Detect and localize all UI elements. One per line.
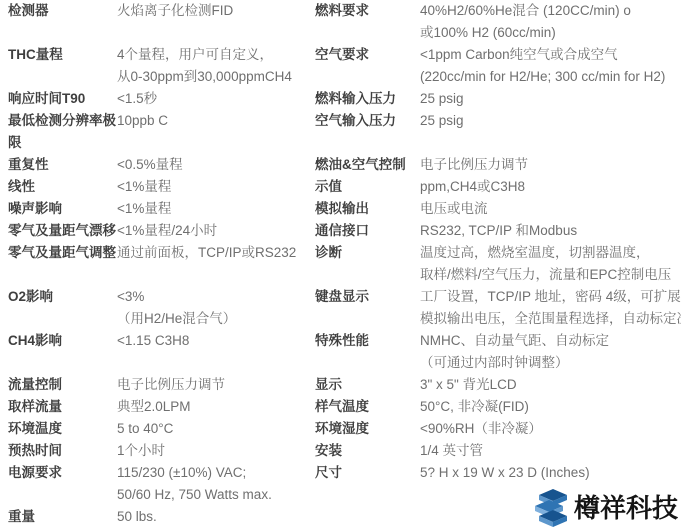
spec-table-left-column: 检测器火焰离子化检测FIDTHC量程4个量程，用户可自定义，从0-30ppm到3… <box>8 0 310 528</box>
spec-value-line: 电压或电流 <box>420 198 677 220</box>
spec-row: 燃料输入压力25 psig <box>315 88 677 110</box>
spec-label: CH4影响 <box>8 330 117 352</box>
spec-label: 最低检测分辨率极限 <box>8 110 117 154</box>
spec-value: RS232, TCP/IP 和Modbus <box>420 220 677 242</box>
spec-row: 空气输入压力25 psig <box>315 110 677 132</box>
spec-row: 通信接口RS232, TCP/IP 和Modbus <box>315 220 677 242</box>
spec-value: <1.5秒 <box>117 88 310 110</box>
spec-value-line: 通过前面板，TCP/IP或RS232 <box>117 242 310 264</box>
spec-label: 空气要求 <box>315 44 420 66</box>
spec-row: 噪声影响<1%量程 <box>8 198 310 220</box>
spec-value-line: (220cc/min for H2/He; 300 cc/min for H2) <box>420 66 677 88</box>
spec-value: 25 psig <box>420 110 677 132</box>
spec-value: 5 to 40°C <box>117 418 310 440</box>
spec-value-line: 或100% H2 (60cc/min) <box>420 22 677 44</box>
spec-value-line: 火焰离子化检测FID <box>117 0 310 22</box>
spec-value-line: 50/60 Hz, 750 Watts max. <box>117 484 310 506</box>
spec-value-line: 从0-30ppm到30,000ppmCH4 <box>117 66 310 88</box>
spec-value: 40%H2/60%He混合 (120CC/min) o或100% H2 (60c… <box>420 0 677 44</box>
spec-value: 电子比例压力调节 <box>117 374 310 396</box>
spec-label: 燃料输入压力 <box>315 88 420 110</box>
spec-value: 3" x 5" 背光LCD <box>420 374 677 396</box>
spec-value-line: 电子比例压力调节 <box>117 374 310 396</box>
spec-label: 样气温度 <box>315 396 420 418</box>
spec-value: 25 psig <box>420 88 677 110</box>
spec-value: <3%（用H2/He混合气） <box>117 286 310 330</box>
spec-row: 显示3" x 5" 背光LCD <box>315 374 677 396</box>
spec-value-line: 5 to 40°C <box>117 418 310 440</box>
spec-value: 115/230 (±10%) VAC;50/60 Hz, 750 Watts m… <box>117 462 310 506</box>
spec-label: 键盘显示 <box>315 286 420 308</box>
spec-label: 噪声影响 <box>8 198 117 220</box>
spec-row: THC量程4个量程，用户可自定义，从0-30ppm到30,000ppmCH4 <box>8 44 310 88</box>
spec-value: <90%RH（非冷凝） <box>420 418 677 440</box>
stacked-layers-icon <box>532 488 572 528</box>
spec-value-line: 1/4 英寸管 <box>420 440 677 462</box>
spec-label: THC量程 <box>8 44 117 66</box>
spec-value-line: 25 psig <box>420 110 677 132</box>
spec-row: 尺寸5? H x 19 W x 23 D (Inches) <box>315 462 677 484</box>
spec-value-line: 50 lbs. <box>117 506 310 528</box>
spec-label: 响应时间T90 <box>8 88 117 110</box>
spec-value-line: 温度过高，燃烧室温度，切割器温度， <box>420 242 677 264</box>
spec-label: 诊断 <box>315 242 420 264</box>
spec-value-line: <1%量程/24小时 <box>117 220 310 242</box>
spec-value-line: <1.5秒 <box>117 88 310 110</box>
spec-label: 电源要求 <box>8 462 117 484</box>
spec-value-line: 3" x 5" 背光LCD <box>420 374 677 396</box>
spec-label: 通信接口 <box>315 220 420 242</box>
spec-row: 预热时间1个小时 <box>8 440 310 462</box>
spec-value-line: 模拟输出电压，全范围量程选择，自动标定次数 <box>420 308 681 330</box>
spec-label: 零气及量距气调整 <box>8 242 117 264</box>
spec-row: 零气及量距气漂移<1%量程/24小时 <box>8 220 310 242</box>
spec-value-line: <0.5%量程 <box>117 154 310 176</box>
spec-label: 重量 <box>8 506 117 528</box>
spec-value-line: <3% <box>117 286 310 308</box>
spec-row: 燃油&空气控制电子比例压力调节 <box>315 154 677 176</box>
spec-value-line: <1ppm Carbon纯空气或合成空气 <box>420 44 677 66</box>
spec-value-line: <1.15 C3H8 <box>117 330 310 352</box>
spec-value: NMHC、自动量气距、自动标定（可通过内部时钟调整） <box>420 330 677 374</box>
spec-label: 零气及量距气漂移 <box>8 220 117 242</box>
spec-value-line: 50°C, 非冷凝(FID) <box>420 396 677 418</box>
spec-row: 取样流量典型2.0LPM <box>8 396 310 418</box>
spec-row: 诊断温度过高，燃烧室温度，切割器温度，取样/燃料/空气压力，流量和EPC控制电压 <box>315 242 677 286</box>
spec-value-line: 取样/燃料/空气压力，流量和EPC控制电压 <box>420 264 677 286</box>
spec-label: 空气输入压力 <box>315 110 420 132</box>
spec-value-line: 4个量程，用户可自定义， <box>117 44 310 66</box>
spec-row: 键盘显示工厂设置，TCP/IP 地址，密码 4级，可扩展模拟输出电压，全范围量程… <box>315 286 677 330</box>
spec-label: 安装 <box>315 440 420 462</box>
spec-label: 环境湿度 <box>315 418 420 440</box>
spec-label: 取样流量 <box>8 396 117 418</box>
spec-value: 电子比例压力调节 <box>420 154 677 176</box>
spec-row: 重复性<0.5%量程 <box>8 154 310 176</box>
spec-value-line: 5? H x 19 W x 23 D (Inches) <box>420 462 677 484</box>
spec-value-line: 典型2.0LPM <box>117 396 310 418</box>
spec-value: 火焰离子化检测FID <box>117 0 310 22</box>
spec-value: 50°C, 非冷凝(FID) <box>420 396 677 418</box>
spec-label: 燃料要求 <box>315 0 420 22</box>
spec-label: 示值 <box>315 176 420 198</box>
spec-label: 检测器 <box>8 0 117 22</box>
spec-value-line: （可通过内部时钟调整） <box>420 352 677 374</box>
company-logo: 樽祥科技 <box>532 488 678 528</box>
spec-row: 重量50 lbs. <box>8 506 310 528</box>
spec-row: 燃料要求40%H2/60%He混合 (120CC/min) o或100% H2 … <box>315 0 677 44</box>
spec-value: 工厂设置，TCP/IP 地址，密码 4级，可扩展模拟输出电压，全范围量程选择，自… <box>420 286 681 330</box>
spec-row: 示值ppm,CH4或C3H8 <box>315 176 677 198</box>
spec-row: 样气温度50°C, 非冷凝(FID) <box>315 396 677 418</box>
spec-label: 流量控制 <box>8 374 117 396</box>
spec-value-line: <1%量程 <box>117 176 310 198</box>
spec-label: 显示 <box>315 374 420 396</box>
spec-value: <1.15 C3H8 <box>117 330 310 352</box>
spec-value: 50 lbs. <box>117 506 310 528</box>
spec-value: ppm,CH4或C3H8 <box>420 176 677 198</box>
spec-label: 燃油&空气控制 <box>315 154 420 176</box>
spec-value-line: <90%RH（非冷凝） <box>420 418 677 440</box>
company-logo-text: 樽祥科技 <box>574 488 678 528</box>
spec-row: 响应时间T90<1.5秒 <box>8 88 310 110</box>
spec-value: 4个量程，用户可自定义，从0-30ppm到30,000ppmCH4 <box>117 44 310 88</box>
spec-value-line: 25 psig <box>420 88 677 110</box>
spec-row: 安装1/4 英寸管 <box>315 440 677 462</box>
spec-value-line: （用H2/He混合气） <box>117 308 310 330</box>
spec-row: 环境湿度<90%RH（非冷凝） <box>315 418 677 440</box>
spec-row: 模拟输出电压或电流 <box>315 198 677 220</box>
spec-value-line: 10ppb C <box>117 110 310 132</box>
spec-value: <1%量程 <box>117 198 310 220</box>
spec-row: 特殊性能NMHC、自动量气距、自动标定（可通过内部时钟调整） <box>315 330 677 374</box>
spec-value-line: RS232, TCP/IP 和Modbus <box>420 220 677 242</box>
spec-label: 环境温度 <box>8 418 117 440</box>
spec-value-line: 工厂设置，TCP/IP 地址，密码 4级，可扩展 <box>420 286 681 308</box>
spec-value-line: ppm,CH4或C3H8 <box>420 176 677 198</box>
spec-row: 电源要求115/230 (±10%) VAC;50/60 Hz, 750 Wat… <box>8 462 310 506</box>
spec-table-right-column: 燃料要求40%H2/60%He混合 (120CC/min) o或100% H2 … <box>315 0 677 484</box>
spec-value-line: 115/230 (±10%) VAC; <box>117 462 310 484</box>
spec-value: 1/4 英寸管 <box>420 440 677 462</box>
spec-row: 流量控制电子比例压力调节 <box>8 374 310 396</box>
spec-row: CH4影响<1.15 C3H8 <box>8 330 310 352</box>
spec-label: 预热时间 <box>8 440 117 462</box>
spec-label: O2影响 <box>8 286 117 308</box>
spec-value: <1%量程/24小时 <box>117 220 310 242</box>
spec-value: <1%量程 <box>117 176 310 198</box>
spec-value: <1ppm Carbon纯空气或合成空气(220cc/min for H2/He… <box>420 44 677 88</box>
spec-row: 零气及量距气调整通过前面板，TCP/IP或RS232 <box>8 242 310 264</box>
spec-row: 检测器火焰离子化检测FID <box>8 0 310 22</box>
spec-row: 环境温度5 to 40°C <box>8 418 310 440</box>
spec-value-line: <1%量程 <box>117 198 310 220</box>
spec-label: 尺寸 <box>315 462 420 484</box>
spec-label: 重复性 <box>8 154 117 176</box>
spec-value: 1个小时 <box>117 440 310 462</box>
spec-value: 典型2.0LPM <box>117 396 310 418</box>
spec-value-line: NMHC、自动量气距、自动标定 <box>420 330 677 352</box>
spec-label: 特殊性能 <box>315 330 420 352</box>
spec-row: 空气要求<1ppm Carbon纯空气或合成空气(220cc/min for H… <box>315 44 677 88</box>
spec-label: 线性 <box>8 176 117 198</box>
spec-value: 电压或电流 <box>420 198 677 220</box>
spec-value: 通过前面板，TCP/IP或RS232 <box>117 242 310 264</box>
spec-row: O2影响<3%（用H2/He混合气） <box>8 286 310 330</box>
spec-value-line: 电子比例压力调节 <box>420 154 677 176</box>
spec-value-line: 40%H2/60%He混合 (120CC/min) o <box>420 0 677 22</box>
spec-value-line: 1个小时 <box>117 440 310 462</box>
spec-value: <0.5%量程 <box>117 154 310 176</box>
spec-value: 温度过高，燃烧室温度，切割器温度，取样/燃料/空气压力，流量和EPC控制电压 <box>420 242 677 286</box>
spec-value: 5? H x 19 W x 23 D (Inches) <box>420 462 677 484</box>
spec-row: 线性<1%量程 <box>8 176 310 198</box>
spec-row: 最低检测分辨率极限10ppb C <box>8 110 310 154</box>
spec-value: 10ppb C <box>117 110 310 132</box>
spec-label: 模拟输出 <box>315 198 420 220</box>
